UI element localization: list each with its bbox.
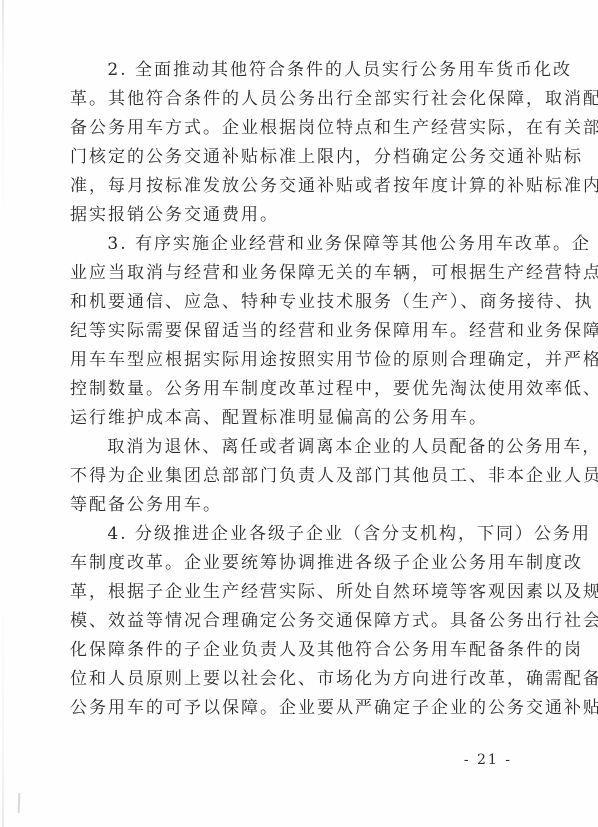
text-line: 革，根据子企业生产经营实际、所处自然环境等客观因素以及规	[70, 578, 532, 607]
text-line: 4. 分级推进企业各级子企业（含分支机构，下同）公务用	[70, 520, 532, 549]
text-line: 3. 有序实施企业经营和业务保障等其他公务用车改革。企	[70, 230, 532, 259]
text-line: 用车车型应根据实际用途按照实用节俭的原则合理确定，并严格	[70, 346, 532, 375]
text-line: 化保障条件的子企业负责人及其他符合公务用车配备条件的岗	[70, 636, 532, 665]
text-line: 车制度改革。企业要统筹协调推进各级子企业公务用车制度改	[70, 549, 532, 578]
text-line: 据实报销公务交通费用。	[70, 201, 532, 230]
scan-edge-artifact	[2, 0, 4, 827]
text-line: 备公务用车方式。企业根据岗位特点和生产经营实际，在有关部	[70, 114, 532, 143]
text-line: 公务用车的可予以保障。企业要从严确定子企业的公务交通补贴	[70, 694, 532, 723]
scan-smudge-artifact	[18, 793, 21, 813]
text-line: 2. 全面推动其他符合条件的人员实行公务用车货币化改	[70, 56, 532, 85]
document-page: 2. 全面推动其他符合条件的人员实行公务用车货币化改革。其他符合条件的人员公务出…	[0, 0, 598, 827]
text-line: 业应当取消与经营和业务保障无关的车辆，可根据生产经营特点	[70, 259, 532, 288]
text-line: 位和人员原则上要以社会化、市场化为方向进行改革，确需配备	[70, 665, 532, 694]
text-line: 等配备公务用车。	[70, 491, 532, 520]
text-line: 革。其他符合条件的人员公务出行全部实行社会化保障，取消配	[70, 85, 532, 114]
document-text: 2. 全面推动其他符合条件的人员实行公务用车货币化改革。其他符合条件的人员公务出…	[70, 56, 532, 723]
text-line: 门核定的公务交通补贴标准上限内，分档确定公务交通补贴标	[70, 143, 532, 172]
text-line: 准，每月按标准发放公务交通补贴或者按年度计算的补贴标准内	[70, 172, 532, 201]
text-line: 运行维护成本高、配置标准明显偏高的公务用车。	[70, 404, 532, 433]
text-line: 和机要通信、应急、特种专业技术服务（生产）、商务接待、执	[70, 288, 532, 317]
text-line: 取消为退休、离任或者调离本企业的人员配备的公务用车，	[70, 433, 532, 462]
page-number: - 21 -	[464, 752, 512, 768]
text-line: 模、效益等情况合理确定公务交通保障方式。具备公务出行社会	[70, 607, 532, 636]
text-line: 不得为企业集团总部部门负责人及部门其他员工、非本企业人员	[70, 462, 532, 491]
text-line: 纪等实际需要保留适当的经营和业务保障用车。经营和业务保障	[70, 317, 532, 346]
text-line: 控制数量。公务用车制度改革过程中，要优先淘汰使用效率低、	[70, 375, 532, 404]
